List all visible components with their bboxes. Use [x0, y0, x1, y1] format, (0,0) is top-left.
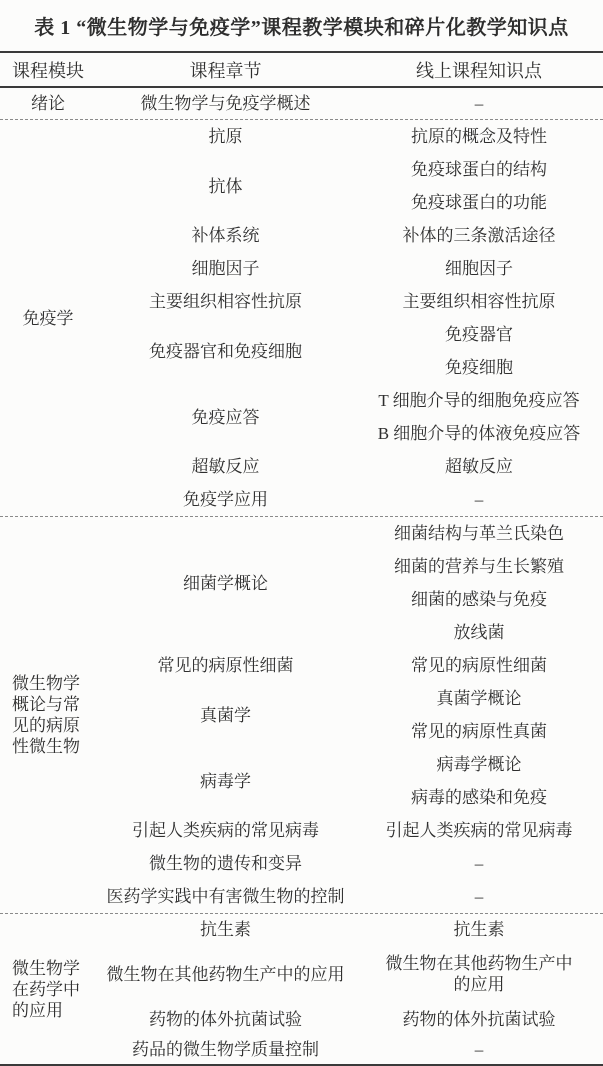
knowledge-point-text: 放线菌: [454, 622, 505, 643]
knowledge-point-text: –: [475, 489, 484, 510]
chapter-cell: 免疫应答: [96, 384, 355, 450]
chapter-cell: 免疫器官和免疫细胞: [96, 318, 355, 384]
knowledge-point: B 细胞介导的体液免疫应答: [355, 417, 603, 450]
chapter-cell: 病毒学: [96, 748, 355, 814]
knowledge-point: 主要组织相容性抗原: [355, 285, 603, 318]
knowledge-point: 放线菌: [355, 616, 603, 649]
knowledge-point: 引起人类疾病的常见病毒: [355, 814, 603, 847]
chapter-cell: 细胞因子: [96, 252, 355, 285]
knowledge-points: 微生物在其他药物生产中的应用: [355, 944, 603, 1004]
knowledge-point: 细菌的营养与生长繁殖: [355, 550, 603, 583]
chapter-cell: 常见的病原性细菌: [96, 649, 355, 682]
chapter-label: 补体系统: [192, 225, 260, 246]
knowledge-point: 常见的病原性细菌: [355, 649, 603, 682]
chapter-label: 药品的微生物学质量控制: [132, 1039, 319, 1060]
knowledge-point: 真菌学概论: [355, 682, 603, 715]
empty-marker: –: [355, 88, 603, 119]
knowledge-point: 免疫球蛋白的结构: [355, 153, 603, 186]
chapter-cell: 细菌学概论: [96, 517, 355, 649]
knowledge-point: 免疫细胞: [355, 351, 603, 384]
paper-table-1: 表 1 “微生物学与免疫学”课程教学模块和碎片化教学知识点 课程模块 课程章节 …: [0, 0, 603, 1066]
knowledge-points: 免疫器官免疫细胞: [355, 318, 603, 384]
module-label: 微生物学概论与常见的病原性微生物: [12, 673, 84, 757]
chapter-row: 常见的病原性细菌常见的病原性细菌: [96, 649, 603, 682]
chapter-cell: 微生物的遗传和变异: [96, 847, 355, 880]
knowledge-points: 药物的体外抗菌试验: [355, 1004, 603, 1034]
chapter-row: 医药学实践中有害微生物的控制–: [96, 880, 603, 913]
module-cell: 微生物学在药学中的应用: [0, 914, 96, 1064]
chapter-cell: 超敏反应: [96, 450, 355, 483]
module-label: 免疫学: [23, 308, 74, 329]
chapter-cell: 真菌学: [96, 682, 355, 748]
header-course-chapter: 课程章节: [96, 57, 355, 83]
knowledge-point-text: 超敏反应: [445, 456, 513, 477]
knowledge-point-text: –: [475, 1039, 484, 1060]
knowledge-point-text: 免疫器官: [445, 324, 513, 345]
module-label: 绪论: [31, 93, 65, 114]
knowledge-point-text: –: [475, 853, 484, 874]
chapter-label: 医药学实践中有害微生物的控制: [107, 886, 345, 907]
chapter-cell: 主要组织相容性抗原: [96, 285, 355, 318]
chapter-row: 引起人类疾病的常见病毒引起人类疾病的常见病毒: [96, 814, 603, 847]
knowledge-point-text: B 细胞介导的体液免疫应答: [378, 423, 581, 444]
chapter-cell: 抗生素: [96, 914, 355, 944]
chapter-list: 抗原抗原的概念及特性抗体免疫球蛋白的结构免疫球蛋白的功能补体系统补体的三条激活途…: [96, 120, 603, 516]
knowledge-point: 抗原的概念及特性: [355, 120, 603, 153]
knowledge-point: 免疫器官: [355, 318, 603, 351]
module-cell: 微生物学概论与常见的病原性微生物: [0, 517, 96, 913]
knowledge-points: –: [355, 88, 603, 119]
chapter-cell: 微生物在其他药物生产中的应用: [96, 944, 355, 1004]
chapter-row: 补体系统补体的三条激活途径: [96, 219, 603, 252]
knowledge-point-text: 常见的病原性真菌: [411, 721, 547, 742]
chapter-row: 免疫应答T 细胞介导的细胞免疫应答B 细胞介导的体液免疫应答: [96, 384, 603, 450]
chapter-cell: 抗原: [96, 120, 355, 153]
knowledge-points: 补体的三条激活途径: [355, 219, 603, 252]
chapter-row: 抗体免疫球蛋白的结构免疫球蛋白的功能: [96, 153, 603, 219]
chapter-row: 免疫学应用–: [96, 483, 603, 516]
knowledge-point: 抗生素: [355, 914, 603, 944]
knowledge-points: 常见的病原性细菌: [355, 649, 603, 682]
knowledge-point-text: 细菌的营养与生长繁殖: [394, 556, 564, 577]
chapter-label: 药物的体外抗菌试验: [149, 1009, 302, 1030]
knowledge-point-text: T 细胞介导的细胞免疫应答: [378, 390, 579, 411]
knowledge-points: 免疫球蛋白的结构免疫球蛋白的功能: [355, 153, 603, 219]
chapter-label: 抗体: [209, 176, 243, 197]
chapter-cell: 微生物学与免疫学概述: [96, 88, 355, 119]
table-section: 微生物学概论与常见的病原性微生物细菌学概论细菌结构与革兰氏染色细菌的营养与生长繁…: [0, 517, 603, 914]
knowledge-point-text: 抗生素: [454, 919, 505, 940]
module-label: 微生物学在药学中的应用: [12, 958, 84, 1021]
knowledge-point: T 细胞介导的细胞免疫应答: [355, 384, 603, 417]
knowledge-point-text: 免疫细胞: [445, 357, 513, 378]
knowledge-point-text: –: [475, 886, 484, 907]
knowledge-points: 真菌学概论常见的病原性真菌: [355, 682, 603, 748]
chapter-cell: 补体系统: [96, 219, 355, 252]
module-cell: 免疫学: [0, 120, 96, 516]
knowledge-point: 补体的三条激活途径: [355, 219, 603, 252]
empty-marker: –: [355, 1034, 603, 1064]
knowledge-points: 抗生素: [355, 914, 603, 944]
knowledge-points: 主要组织相容性抗原: [355, 285, 603, 318]
knowledge-point-text: 药物的体外抗菌试验: [403, 1009, 556, 1030]
knowledge-points: –: [355, 847, 603, 880]
knowledge-point: 超敏反应: [355, 450, 603, 483]
chapter-label: 主要组织相容性抗原: [149, 291, 302, 312]
chapter-row: 真菌学真菌学概论常见的病原性真菌: [96, 682, 603, 748]
chapter-label: 抗生素: [200, 919, 251, 940]
chapter-list: 微生物学与免疫学概述–: [96, 88, 603, 119]
knowledge-point: 免疫球蛋白的功能: [355, 186, 603, 219]
chapter-cell: 医药学实践中有害微生物的控制: [96, 880, 355, 913]
chapter-row: 病毒学病毒学概论病毒的感染和免疫: [96, 748, 603, 814]
table-body: 绪论微生物学与免疫学概述–免疫学抗原抗原的概念及特性抗体免疫球蛋白的结构免疫球蛋…: [0, 88, 603, 1064]
chapter-list: 细菌学概论细菌结构与革兰氏染色细菌的营养与生长繁殖细菌的感染与免疫放线菌常见的病…: [96, 517, 603, 913]
knowledge-point-text: 微生物在其他药物生产中的应用: [378, 953, 580, 995]
chapter-cell: 抗体: [96, 153, 355, 219]
knowledge-point-text: 病毒的感染和免疫: [411, 787, 547, 808]
chapter-row: 药品的微生物学质量控制–: [96, 1034, 603, 1064]
knowledge-points: –: [355, 1034, 603, 1064]
chapter-row: 细菌学概论细菌结构与革兰氏染色细菌的营养与生长繁殖细菌的感染与免疫放线菌: [96, 517, 603, 649]
chapter-row: 超敏反应超敏反应: [96, 450, 603, 483]
chapter-label: 微生物的遗传和变异: [149, 853, 302, 874]
knowledge-point-text: 病毒学概论: [437, 754, 522, 775]
knowledge-point-text: 真菌学概论: [437, 688, 522, 709]
chapter-label: 微生物学与免疫学概述: [141, 93, 311, 114]
chapter-row: 抗原抗原的概念及特性: [96, 120, 603, 153]
knowledge-point-text: 主要组织相容性抗原: [403, 291, 556, 312]
chapter-cell: 药品的微生物学质量控制: [96, 1034, 355, 1064]
chapter-label: 真菌学: [200, 705, 251, 726]
table-section: 绪论微生物学与免疫学概述–: [0, 88, 603, 120]
chapter-row: 微生物的遗传和变异–: [96, 847, 603, 880]
knowledge-points: –: [355, 483, 603, 516]
chapter-cell: 药物的体外抗菌试验: [96, 1004, 355, 1034]
knowledge-point-text: 常见的病原性细菌: [411, 655, 547, 676]
knowledge-point: 细胞因子: [355, 252, 603, 285]
knowledge-points: 病毒学概论病毒的感染和免疫: [355, 748, 603, 814]
knowledge-point-text: 细菌结构与革兰氏染色: [394, 523, 564, 544]
table-header-row: 课程模块 课程章节 线上课程知识点: [0, 53, 603, 88]
empty-marker: –: [355, 880, 603, 913]
knowledge-point: 病毒的感染和免疫: [355, 781, 603, 814]
knowledge-points: 引起人类疾病的常见病毒: [355, 814, 603, 847]
chapter-label: 免疫器官和免疫细胞: [149, 341, 302, 362]
knowledge-points: 细胞因子: [355, 252, 603, 285]
chapter-label: 病毒学: [200, 771, 251, 792]
chapter-row: 免疫器官和免疫细胞免疫器官免疫细胞: [96, 318, 603, 384]
chapter-cell: 免疫学应用: [96, 483, 355, 516]
chapter-label: 细菌学概论: [183, 573, 268, 594]
empty-marker: –: [355, 847, 603, 880]
knowledge-points: T 细胞介导的细胞免疫应答B 细胞介导的体液免疫应答: [355, 384, 603, 450]
knowledge-point: 病毒学概论: [355, 748, 603, 781]
knowledge-points: –: [355, 880, 603, 913]
chapter-row: 药物的体外抗菌试验药物的体外抗菌试验: [96, 1004, 603, 1034]
chapter-row: 微生物在其他药物生产中的应用微生物在其他药物生产中的应用: [96, 944, 603, 1004]
chapter-label: 抗原: [209, 126, 243, 147]
knowledge-point-text: –: [475, 93, 484, 114]
table-section: 微生物学在药学中的应用抗生素抗生素微生物在其他药物生产中的应用微生物在其他药物生…: [0, 914, 603, 1064]
knowledge-points: 超敏反应: [355, 450, 603, 483]
knowledge-point-text: 补体的三条激活途径: [403, 225, 556, 246]
module-cell: 绪论: [0, 88, 96, 119]
chapter-row: 主要组织相容性抗原主要组织相容性抗原: [96, 285, 603, 318]
chapter-cell: 引起人类疾病的常见病毒: [96, 814, 355, 847]
chapter-label: 常见的病原性细菌: [158, 655, 294, 676]
table-section: 免疫学抗原抗原的概念及特性抗体免疫球蛋白的结构免疫球蛋白的功能补体系统补体的三条…: [0, 120, 603, 517]
knowledge-point: 细菌结构与革兰氏染色: [355, 517, 603, 550]
knowledge-point: 药物的体外抗菌试验: [355, 1004, 603, 1034]
knowledge-points: 细菌结构与革兰氏染色细菌的营养与生长繁殖细菌的感染与免疫放线菌: [355, 517, 603, 649]
knowledge-point-text: 引起人类疾病的常见病毒: [386, 820, 573, 841]
knowledge-point-text: 免疫球蛋白的功能: [411, 192, 547, 213]
empty-marker: –: [355, 483, 603, 516]
chapter-row: 微生物学与免疫学概述–: [96, 88, 603, 119]
knowledge-point: 细菌的感染与免疫: [355, 583, 603, 616]
chapter-row: 细胞因子细胞因子: [96, 252, 603, 285]
knowledge-point-text: 抗原的概念及特性: [411, 126, 547, 147]
knowledge-point-text: 细菌的感染与免疫: [411, 589, 547, 610]
chapter-label: 微生物在其他药物生产中的应用: [107, 964, 345, 985]
chapter-label: 超敏反应: [192, 456, 260, 477]
knowledge-point: 常见的病原性真菌: [355, 715, 603, 748]
header-course-module: 课程模块: [0, 57, 96, 83]
header-online-knowledge-points: 线上课程知识点: [355, 57, 603, 83]
knowledge-points: 抗原的概念及特性: [355, 120, 603, 153]
chapter-row: 抗生素抗生素: [96, 914, 603, 944]
knowledge-point-text: 免疫球蛋白的结构: [411, 159, 547, 180]
knowledge-point: 微生物在其他药物生产中的应用: [355, 944, 603, 1004]
chapter-label: 免疫学应用: [183, 489, 268, 510]
chapter-label: 细胞因子: [192, 258, 260, 279]
chapter-list: 抗生素抗生素微生物在其他药物生产中的应用微生物在其他药物生产中的应用药物的体外抗…: [96, 914, 603, 1064]
chapter-label: 免疫应答: [192, 407, 260, 428]
knowledge-point-text: 细胞因子: [445, 258, 513, 279]
table-title: 表 1 “微生物学与免疫学”课程教学模块和碎片化教学知识点: [0, 0, 603, 53]
chapter-label: 引起人类疾病的常见病毒: [132, 820, 319, 841]
